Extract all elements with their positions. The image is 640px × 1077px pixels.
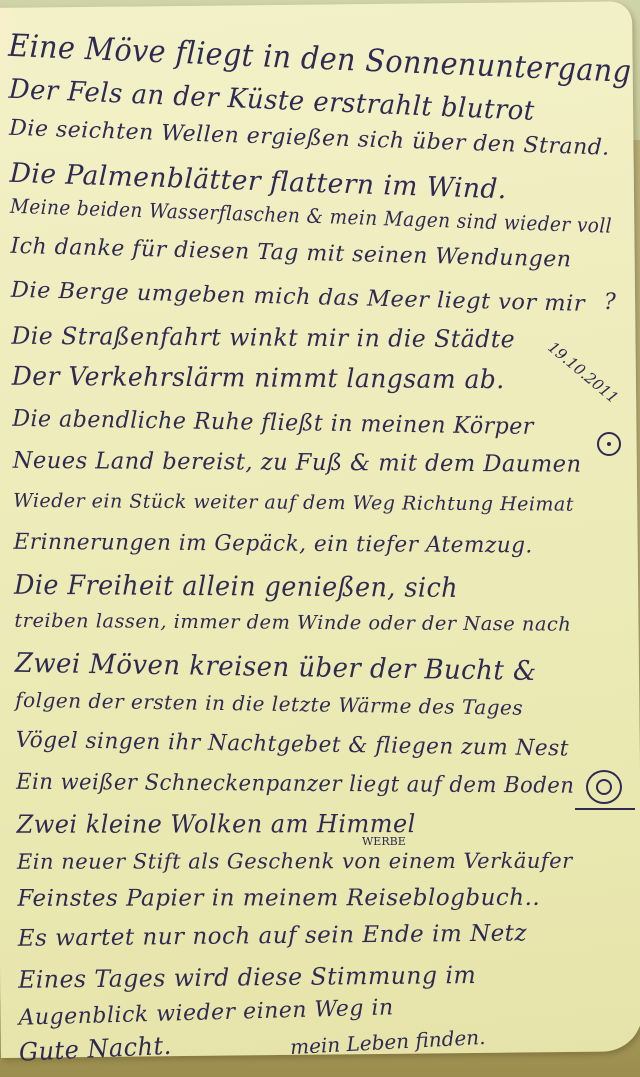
poem-line-22: Feinstes Papier in meinem Reiseblogbuch.… — [17, 885, 540, 912]
sun-icon — [597, 432, 621, 456]
poem-line-25: Augenblick wieder einen Weg in — [18, 995, 394, 1030]
poem-line-13: Erinnerungen im Gepäck, ein tiefer Atemz… — [14, 530, 533, 559]
poem-line-18: Vögel singen ihr Nachtgebet & fliegen zu… — [15, 728, 569, 762]
poem-line-11: Neues Land bereist, zu Fuß & mit dem Dau… — [13, 448, 582, 478]
poem-line-23: Es wartet nur noch auf sein Ende im Netz — [18, 920, 528, 951]
snail-shell-icon — [586, 770, 622, 804]
poem-line-10: Die abendliche Ruhe fließt in meinen Kör… — [12, 406, 534, 440]
poem-line-5: Meine beiden Wasserflaschen & mein Magen… — [10, 194, 613, 238]
poem-line-19: Ein weißer Schneckenpanzer liegt auf dem… — [16, 770, 574, 799]
poem-line-9: Der Verkehrslärm nimmt langsam ab. — [12, 362, 505, 395]
poem-line-20: Zwei kleine Wolken am Himmel — [17, 809, 416, 839]
poem-line-17: folgen der ersten in die letzte Wärme de… — [15, 688, 523, 720]
poem-line-14: Die Freiheit allein genießen, sich — [14, 570, 458, 604]
poem-line-12: Wieder ein Stück weiter auf dem Weg Rich… — [13, 490, 574, 516]
poem-line-24: Eines Tages wird diese Stimmung im — [18, 961, 476, 994]
werbe-note: WERBE — [362, 835, 406, 848]
poem-line-15: treiben lassen, immer dem Winde oder der… — [14, 610, 571, 636]
poem-line-7: Die Berge umgeben mich das Meer liegt vo… — [11, 278, 586, 317]
poem-line-21: Ein neuer Stift als Geschenk von einem V… — [17, 849, 573, 874]
poem-line-6: Ich danke für diesen Tag mit seinen Wend… — [10, 234, 572, 273]
poem-line-8: Die Straßenfahrt winkt mir in die Städte — [11, 322, 515, 354]
notebook-page: Eine Möve fliegt in den Sonnenuntergang … — [0, 1, 640, 1058]
poem-line-16: Zwei Möven kreisen über der Bucht & — [15, 648, 537, 687]
underline — [575, 808, 635, 810]
question-mark: ? — [604, 290, 616, 315]
